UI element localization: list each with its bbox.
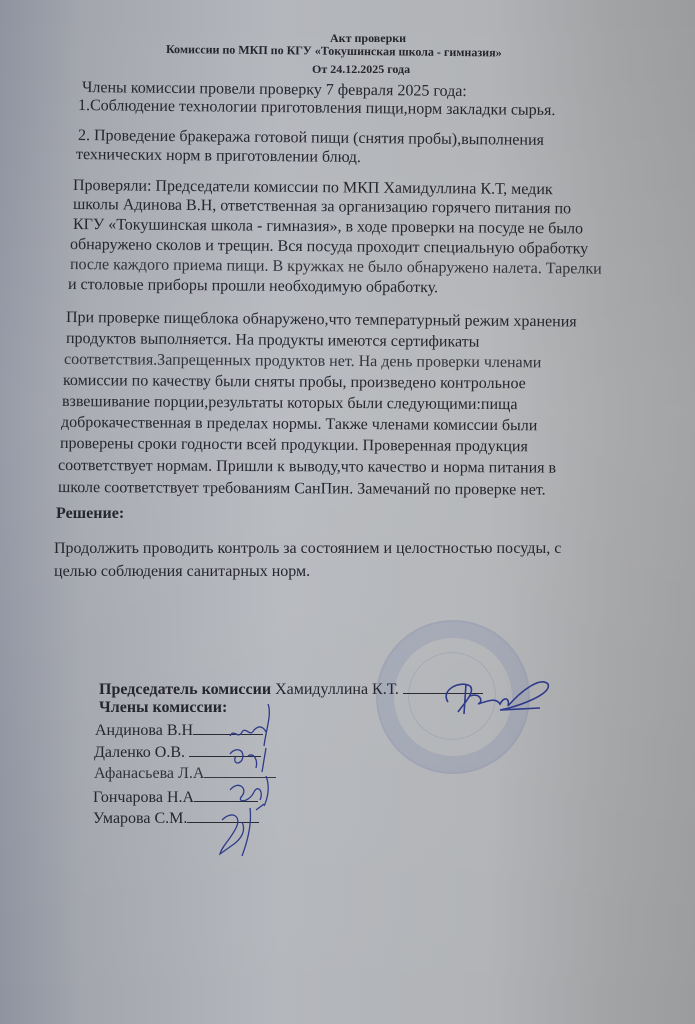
paragraph-line: школы Адинова В.Н, ответственная за орга… (73, 196, 571, 218)
document-page: Акт проверки Комиссии по МКП по КГУ «Ток… (0, 0, 695, 1024)
decision-line: целью соблюдения санитарных норм. (54, 563, 310, 581)
paragraph-line: и столовые приборы прошли необходимую об… (68, 276, 438, 297)
chair-signature-row: Председатель комиссии Хамидуллина К.Т. (99, 679, 483, 699)
paragraph-line: проверены сроки годности всей продукции.… (60, 435, 528, 456)
intro-item-1: 1.Соблюдение технологии приготовления пи… (78, 97, 556, 120)
chair-signature-icon (440, 672, 560, 722)
paragraph-line: продуктов выполняется. На продукты имеют… (66, 330, 480, 352)
paragraph-line: школе соответствует требованиям СанПин. … (58, 479, 546, 500)
decision-line: Продолжить проводить контроль за состоян… (54, 540, 561, 558)
paragraph-line: после каждого приема пищи. В кружках не … (70, 256, 602, 279)
doc-subtitle: Комиссии по МКП по КГУ «Токушинская школ… (166, 42, 502, 60)
chair-label: Председатель комиссии (99, 681, 271, 698)
paragraph-line: соответствует нормам. Пришли к выводу,чт… (58, 457, 556, 478)
member-name: Умарова С.М. (93, 810, 187, 827)
member-signature-icon (212, 800, 282, 860)
members-label: Члены комиссии: (99, 699, 227, 717)
member-name: Гончарова Н.А (93, 789, 194, 806)
paragraph-line: доброкачественная в пределах нормы. Такж… (61, 414, 538, 435)
member-name: Андинова В.Н (95, 722, 193, 739)
paragraph-line: При проверке пищеблока обнаружено,что те… (66, 309, 577, 331)
paragraph-line: комиссии по качеству были сняты пробы, п… (63, 372, 526, 393)
intro-item-2-cont: технических норм в приготовлении блюд. (76, 146, 361, 167)
decision-heading: Решение: (56, 505, 124, 523)
paragraph-line: взвешивание порции,результаты которых бы… (62, 393, 518, 414)
member-name: Даленко О.В. (94, 744, 185, 761)
paragraph-line: КГУ «Токушинская школа - гимназия», в хо… (73, 216, 583, 238)
chair-name: Хамидуллина К.Т. (275, 681, 399, 698)
doc-date: От 24.12.2025 года (312, 62, 410, 76)
paragraph-line: обнаружено сколов и трещин. Вся посуда п… (70, 236, 588, 259)
member-name: Афанасьева Л.А (94, 765, 204, 782)
paragraph-line: соответствия.Запрещенных продуктов нет. … (64, 351, 541, 372)
